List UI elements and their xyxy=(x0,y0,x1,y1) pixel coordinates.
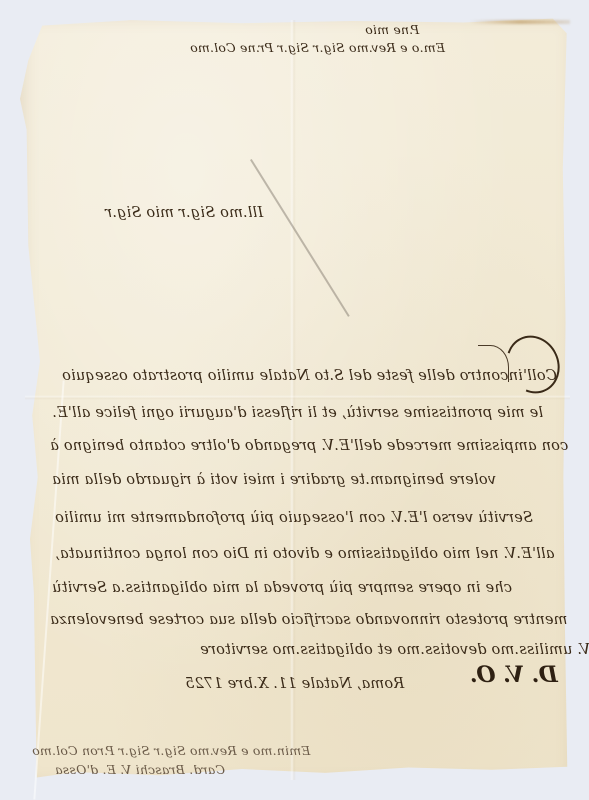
header-line-1: P.ne mio xyxy=(365,22,419,37)
body-line: che in opere sempre più proveda la mia o… xyxy=(52,580,512,596)
body-line: all'E.V. umiliss.mo devotiss.mo et oblig… xyxy=(200,642,589,658)
footer-address-line-2: Card. Braschi V. E. d'Ossa xyxy=(55,762,225,777)
header-line-2: Em.o e Rev.mo Sig.r Sig.r Pr.ne Col.mo xyxy=(190,40,445,55)
body-line: all'E.V. nel mio obligatissimo e divoto … xyxy=(55,546,555,562)
body-line: le mie prontissime servitù, et li rifles… xyxy=(52,405,543,421)
body-line: con ampissime mercede dell'E.V. pregando… xyxy=(50,438,568,454)
edge-stain xyxy=(470,20,570,24)
signature-monogram: D. V. O. xyxy=(470,662,558,688)
body-line: mentre protesto rinnovando sacrificio de… xyxy=(50,612,567,628)
body-line: volere benignam.te gradire i miei voti à… xyxy=(52,472,496,488)
place-date: Roma, Natale 11. X.bre 1725 xyxy=(185,676,404,692)
salutation: Ill.mo Sig.r mio Sig.r xyxy=(105,205,263,221)
body-line: Coll'incontro delle feste del S.to Natal… xyxy=(62,368,557,384)
body-line: Servitù verso l'E.V. con l'ossequio più … xyxy=(55,510,533,526)
footer-address-line-1: Emin.mo e Rev.mo Sig.r Sig.r P.ron Col.m… xyxy=(32,743,310,758)
manuscript-scan: P.ne mio Em.o e Rev.mo Sig.r Sig.r Pr.ne… xyxy=(0,0,589,800)
fold-line-vertical xyxy=(290,20,296,780)
fold-line-horizontal xyxy=(25,395,570,400)
